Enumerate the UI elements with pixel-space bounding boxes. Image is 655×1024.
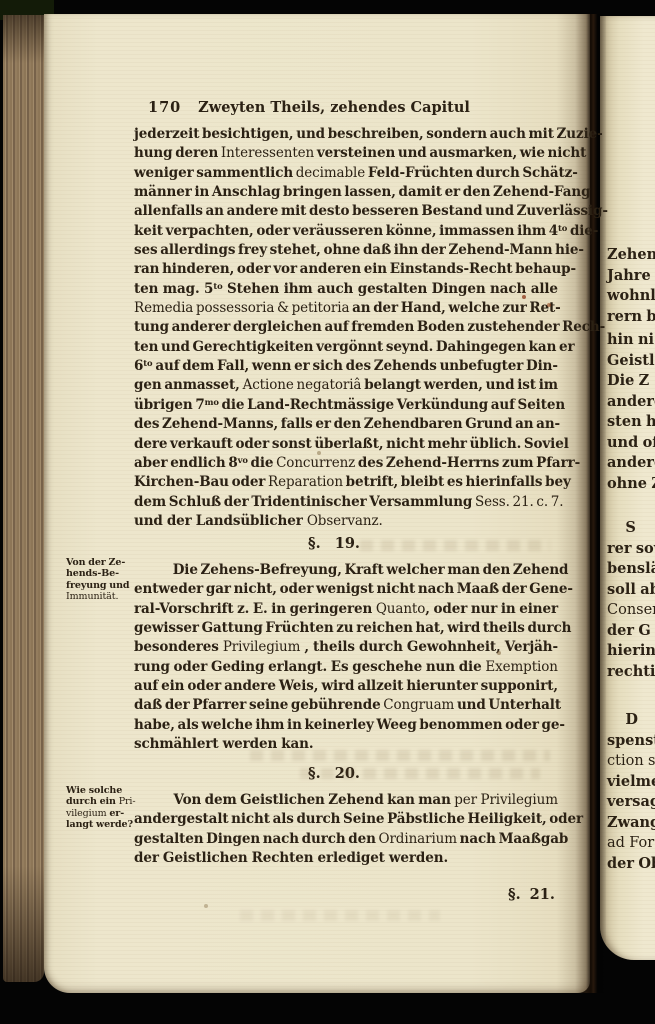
margin-note-privilegium: WiesolchedurcheinPri-vilegiumer-langtwer… — [66, 785, 140, 831]
open-book-photo: 170 Zweyten Theils, zehendes Capitul jed… — [0, 0, 655, 1024]
main-paragraph: jederzeitbesichtigen,undbeschreiben,sond… — [134, 126, 558, 532]
facing-page-fragment: SrersowbenslänsollabConserderGhierinrech… — [607, 519, 655, 683]
section-19-paragraph: DieZehens-Befreyung,KraftwelchermandenZe… — [134, 562, 558, 755]
section-20-paragraph: VondemGeistlichenZehendkanmanperPrivileg… — [134, 792, 558, 869]
bleed-through-ghost — [360, 540, 550, 551]
bleed-through-ghost — [240, 910, 440, 921]
facing-page-fragment: hinniGeistlDieZanderestenhiundofandereoh… — [607, 331, 655, 495]
facing-page-fragment: DspenstigctionsvielmehversagtZwangadFord… — [607, 711, 655, 875]
facing-page-fragment: ZehenJahrewohnlrernb — [607, 246, 655, 328]
next-section-marker: §. 21. — [508, 886, 555, 903]
page-stack-fore-edge — [3, 15, 44, 982]
margin-note-zehends-befreyung: VonderZe-hends-Be-freyungundImmunität. — [66, 557, 140, 603]
paper-specks — [0, 0, 2, 2]
bleed-through-ghost — [250, 750, 550, 761]
running-header: Zweyten Theils, zehendes Capitul — [122, 99, 546, 119]
bleed-through-ghost — [300, 768, 540, 779]
